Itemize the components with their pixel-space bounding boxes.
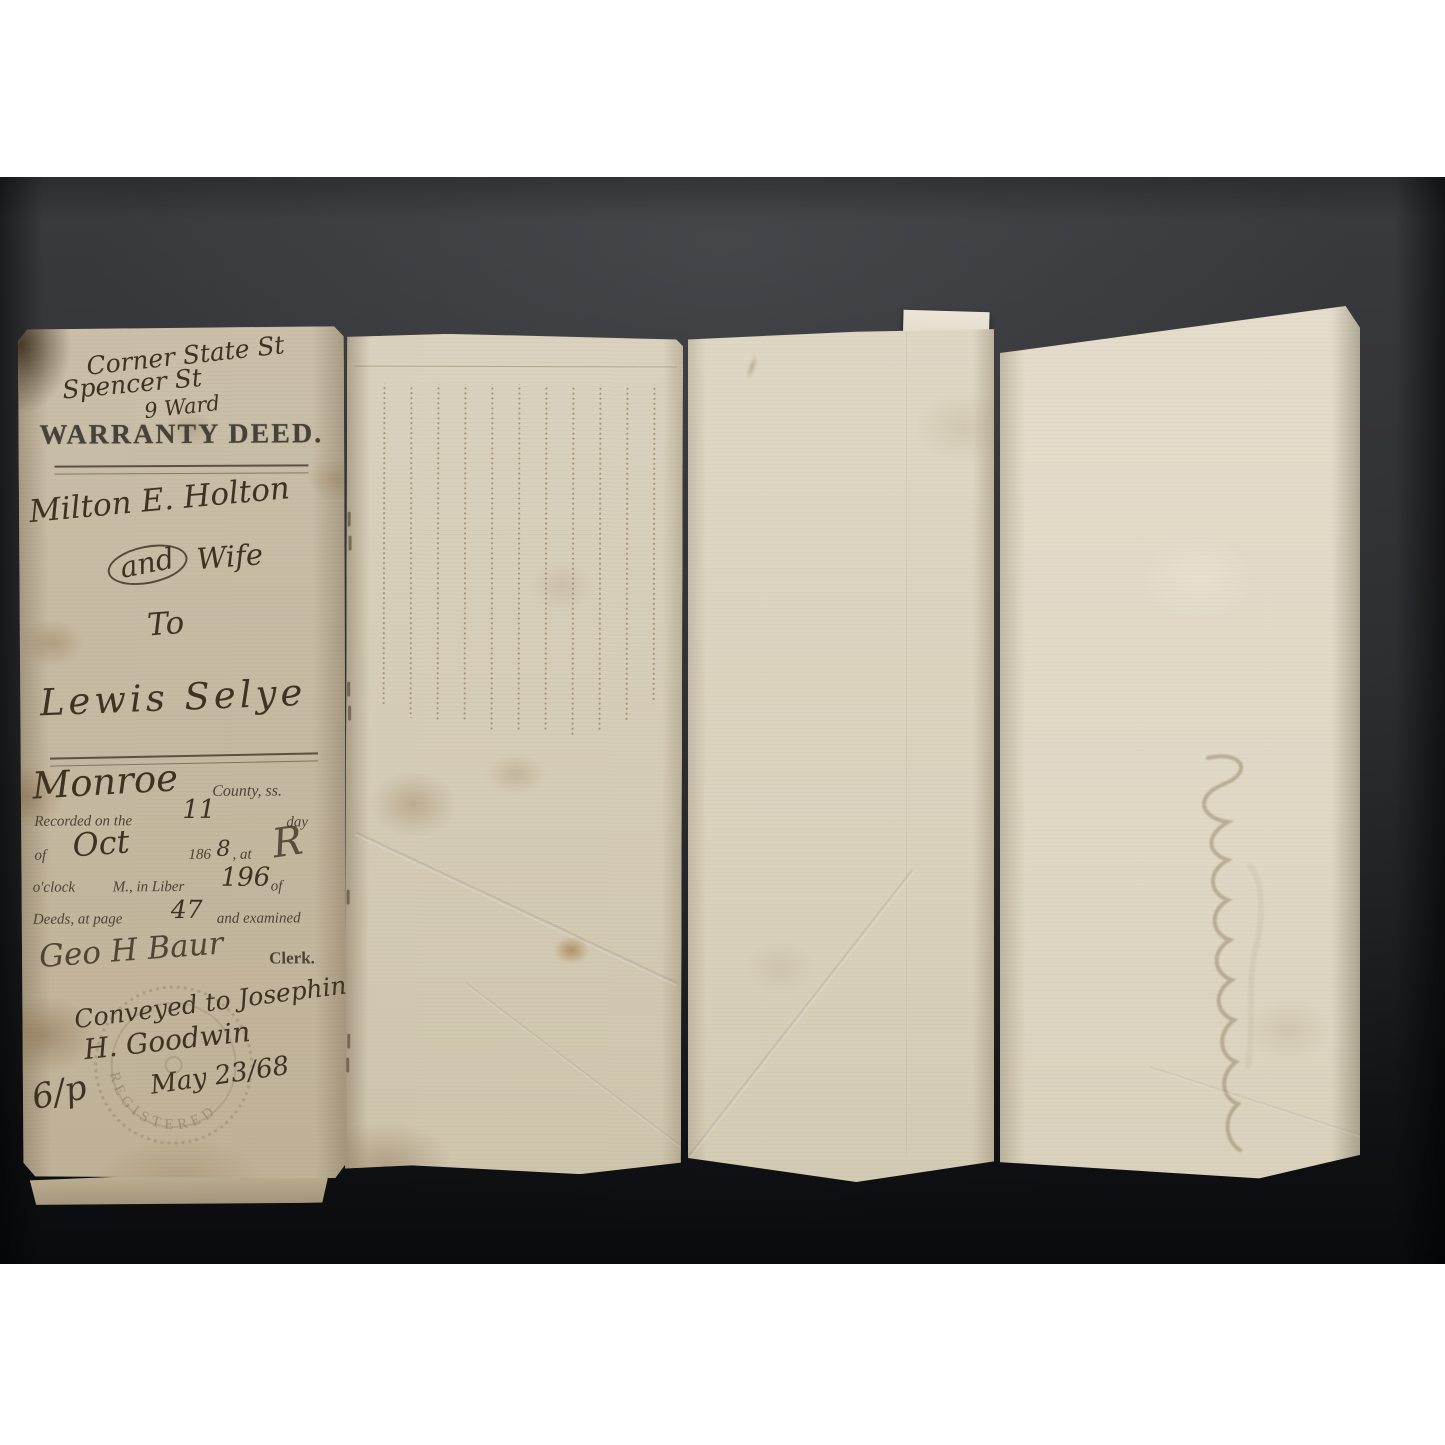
address-annotation-line3: 9 Ward [143, 393, 221, 422]
grantor-wife-line: and Wife [106, 537, 265, 587]
binding-stitch [348, 512, 351, 527]
to-label: To [146, 608, 185, 642]
small-stain [744, 353, 760, 380]
ink-stain [553, 936, 589, 964]
examined-label: and examined [217, 910, 301, 927]
back-panel [1000, 306, 1360, 1211]
binding-stitch [347, 1034, 350, 1049]
diagonal-fold-crease [674, 869, 914, 1175]
day-value: 11 [182, 797, 215, 823]
deed-title: WARRANTY DEED. [18, 418, 344, 452]
liber-value: 196 [221, 865, 271, 891]
oclock-label: o'clock [33, 880, 75, 897]
envelope-fold-crease [355, 832, 678, 986]
envelope-fold-crease [464, 982, 705, 1166]
fee-note: 6/p [29, 1070, 90, 1115]
county-printed-label: County, ss. [212, 782, 282, 800]
at-label: , at [232, 847, 251, 864]
of-label: of [34, 848, 46, 865]
year-printed: 186 [188, 847, 211, 864]
binding-stitch [346, 1058, 349, 1073]
deeds-label: Deeds, at page [33, 911, 123, 928]
binding-stitch [349, 536, 352, 551]
white-margin-bottom [0, 1264, 1445, 1445]
circled-and: and [104, 538, 190, 591]
foxing-stain [486, 754, 546, 794]
binding-stitch [348, 706, 351, 721]
county-handwritten: Monroe [31, 759, 179, 804]
ledger-headrule [355, 366, 677, 368]
grantee-name: Lewis Selye [39, 674, 307, 722]
vertical-fold-crease [906, 330, 908, 1154]
month-value: Oct [71, 825, 130, 861]
clerk-signature: Geo H Baur [38, 928, 224, 973]
white-margin-top [0, 0, 1445, 177]
deed-cover-panel: Corner State St Spencer St 9 Ward WARRAN… [18, 326, 348, 1180]
inner-right-panel [688, 324, 994, 1182]
wife-word: Wife [195, 537, 264, 576]
year-handwritten: 8 [216, 839, 230, 861]
of2-label: of [271, 878, 283, 895]
liber-label: M., in Liber [113, 879, 185, 896]
page-value: 47 [171, 897, 203, 922]
binding-stitch [347, 890, 350, 905]
clerk-printed-label: Clerk. [269, 948, 315, 968]
binding-stitch [347, 682, 350, 697]
listing-photo: Corner State St Spencer St 9 Ward WARRAN… [0, 0, 1445, 1445]
grantor-name: Milton E. Holton [28, 473, 291, 528]
inner-left-panel [345, 334, 683, 1175]
at-flourish-value: R [270, 820, 306, 864]
dotted-ruled-sheet [360, 384, 663, 739]
photo-area: Corner State St Spencer St 9 Ward WARRAN… [0, 177, 1445, 1264]
